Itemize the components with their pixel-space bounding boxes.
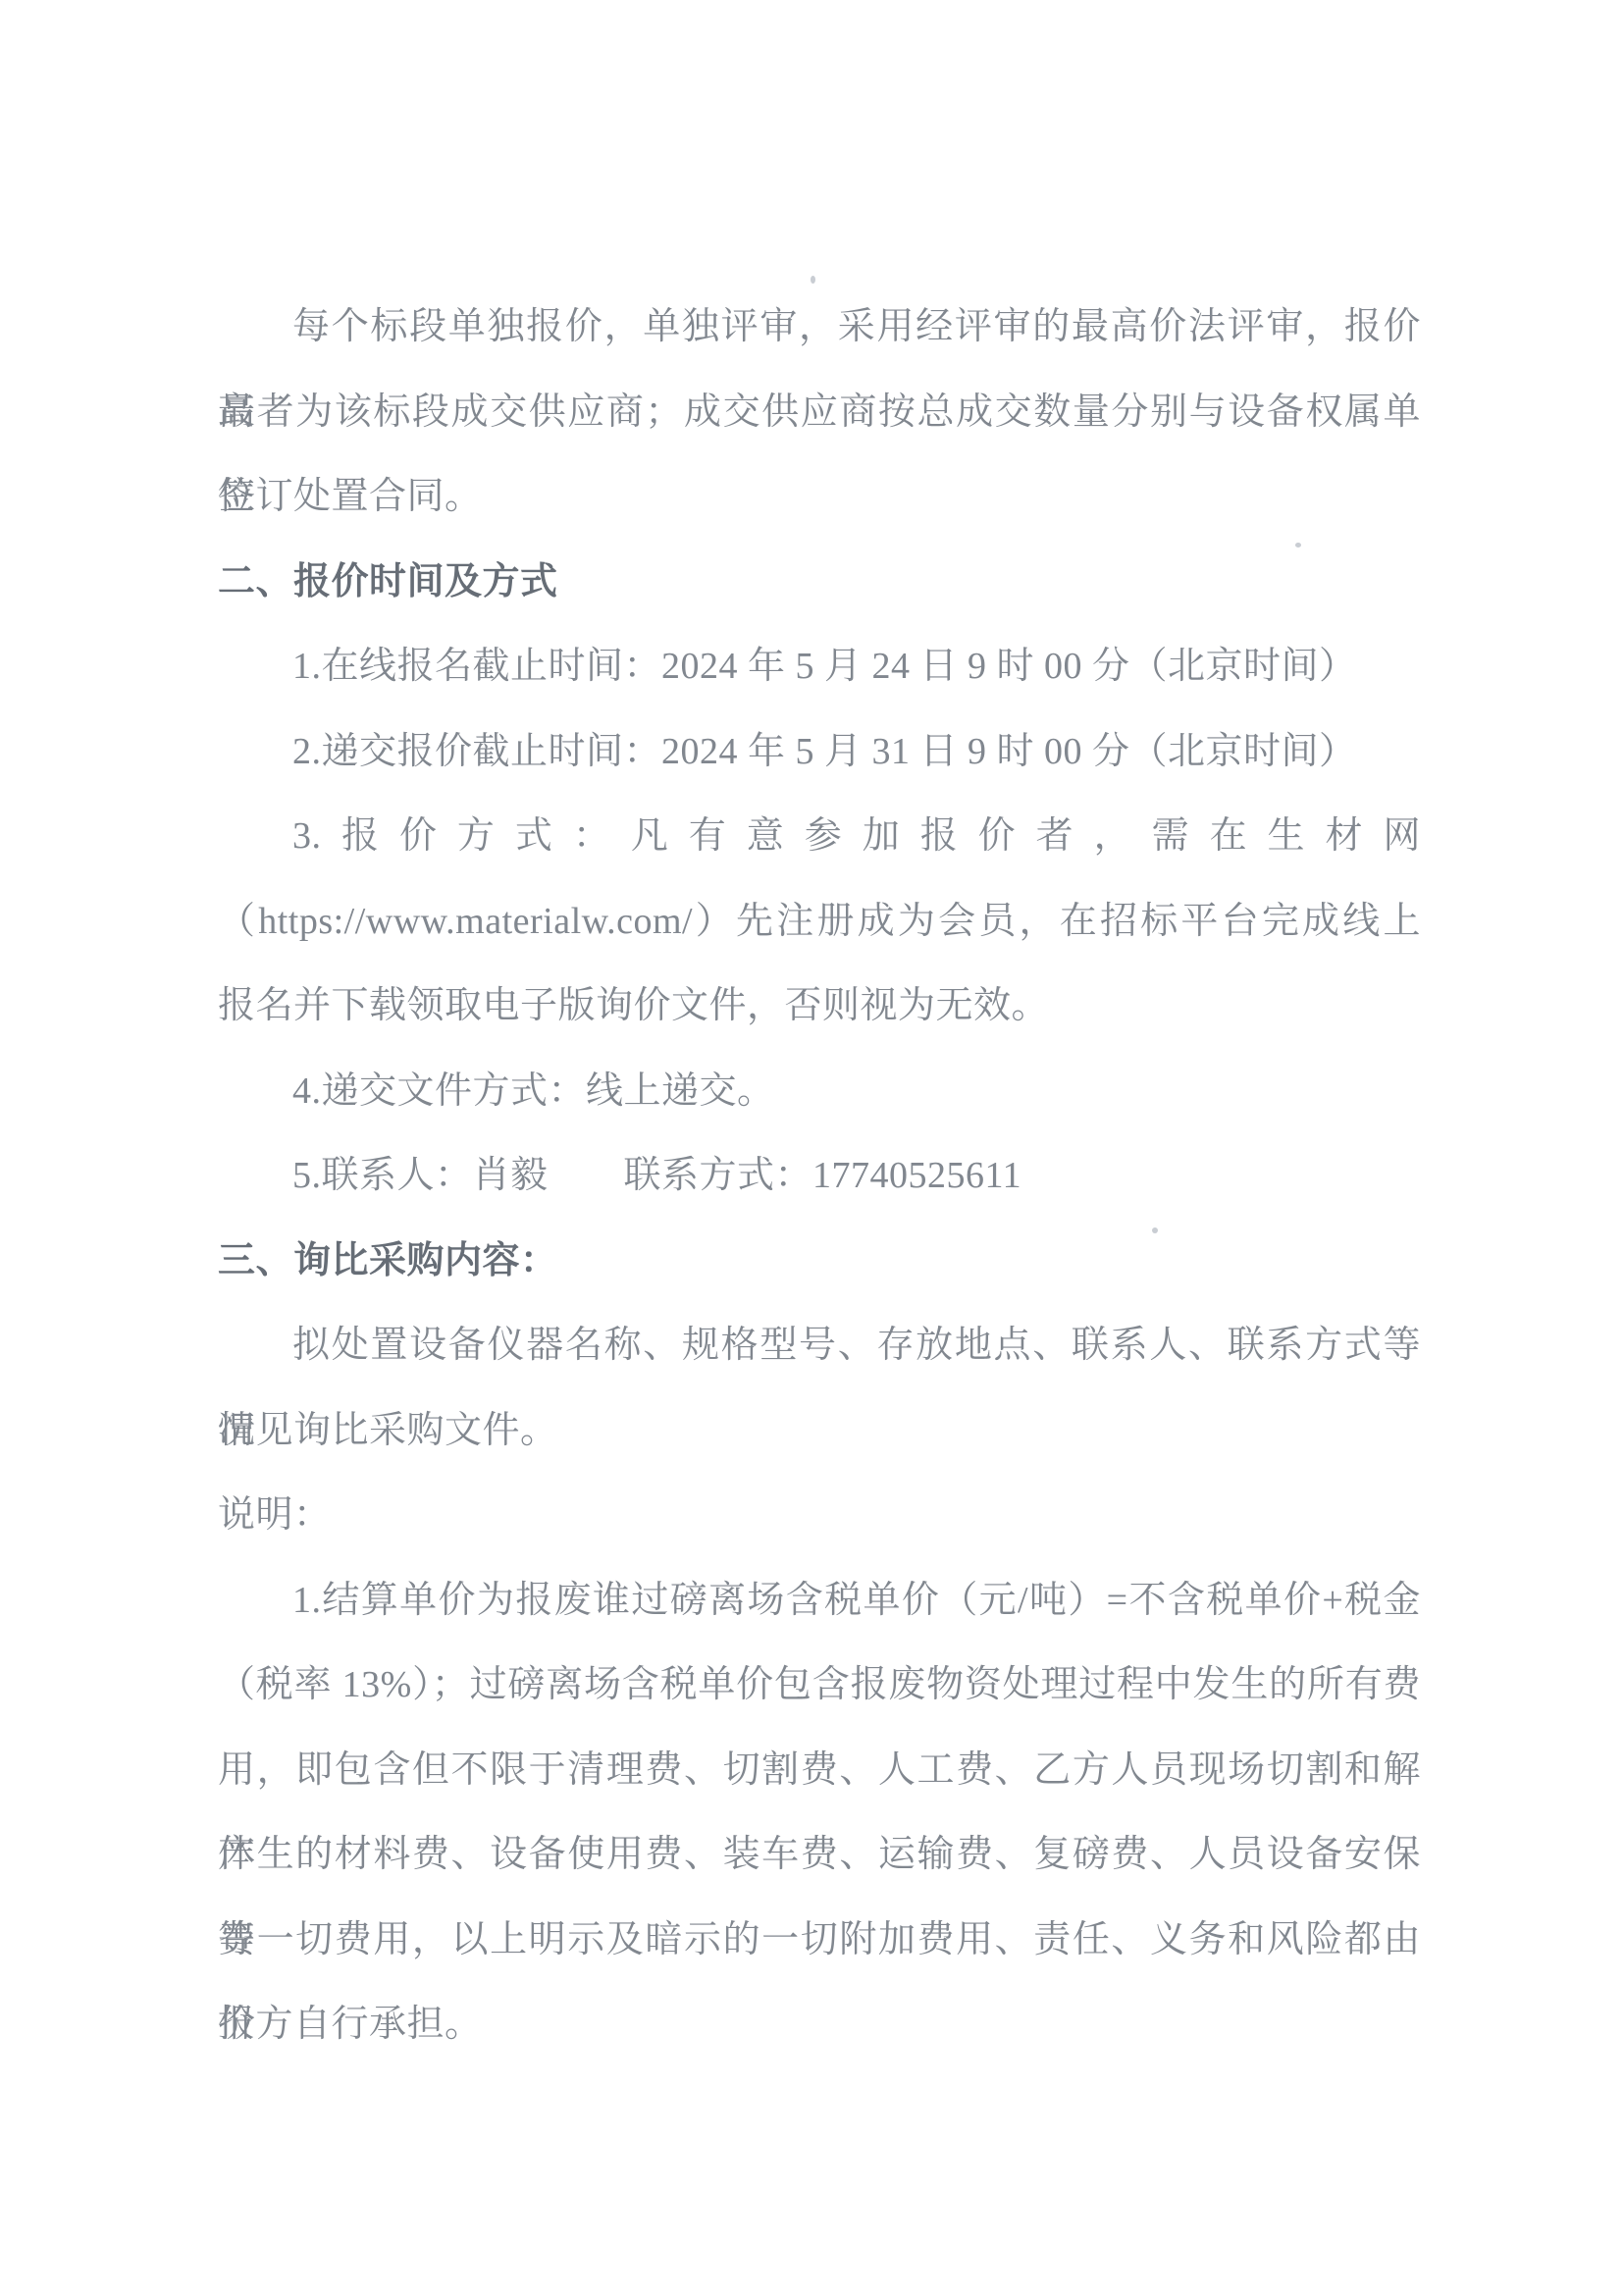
scan-artifact	[811, 276, 815, 284]
body-line: 产生的材料费、设备使用费、装车费、运输费、复磅费、人员设备安保费	[218, 1812, 1421, 1898]
document-body: 每个标段单独报价，单独评审，采用经评审的最高价法评审，报价最高者为该标段成交供应…	[218, 285, 1421, 2067]
body-line: 价方自行承担。	[218, 1982, 1421, 2067]
body-line: 1.结算单价为报废谁过磅离场含税单价（元/吨）=不含税单价+税金	[218, 1558, 1421, 1644]
scan-artifact	[1295, 543, 1301, 548]
body-line: 签订处置合同。	[218, 454, 1421, 540]
body-line: 1.在线报名截止时间：2024 年 5 月 24 日 9 时 00 分（北京时间…	[218, 624, 1421, 709]
section-heading: 二、报价时间及方式	[218, 540, 1421, 625]
body-line: 每个标段单独报价，单独评审，采用经评审的最高价法评审，报价最	[218, 285, 1421, 370]
body-line: 报名并下载领取电子版询价文件，否则视为无效。	[218, 964, 1421, 1049]
body-line: 等一切费用，以上明示及暗示的一切附加费用、责任、义务和风险都由报	[218, 1898, 1421, 1983]
body-line: 5.联系人：肖毅 联系方式：17740525611	[218, 1133, 1421, 1219]
body-line: 4.递交文件方式：线上递交。	[218, 1049, 1421, 1134]
body-line: （税率 13%）；过磅离场含税单价包含报废物资处理过程中发生的所有费	[218, 1643, 1421, 1728]
body-line: 况见询比采购文件。	[218, 1388, 1421, 1474]
scan-artifact	[1152, 1227, 1158, 1233]
body-line: （https://www.materialw.com/）先注册成为会员，在招标平…	[218, 879, 1421, 965]
document-page: 每个标段单独报价，单独评审，采用经评审的最高价法评审，报价最高者为该标段成交供应…	[0, 0, 1623, 2296]
body-line: 高者为该标段成交供应商；成交供应商按总成交数量分别与设备权属单位	[218, 370, 1421, 455]
body-line: 用，即包含但不限于清理费、切割费、人工费、乙方人员现场切割和解体	[218, 1728, 1421, 1813]
body-line: 说明：	[218, 1473, 1421, 1558]
section-heading: 三、询比采购内容：	[218, 1219, 1421, 1304]
body-line: 3.报价方式：凡有意参加报价者，需在生材网	[218, 794, 1421, 879]
body-line: 2.递交报价截止时间：2024 年 5 月 31 日 9 时 00 分（北京时间…	[218, 709, 1421, 795]
body-line: 拟处置设备仪器名称、规格型号、存放地点、联系人、联系方式等情	[218, 1303, 1421, 1388]
